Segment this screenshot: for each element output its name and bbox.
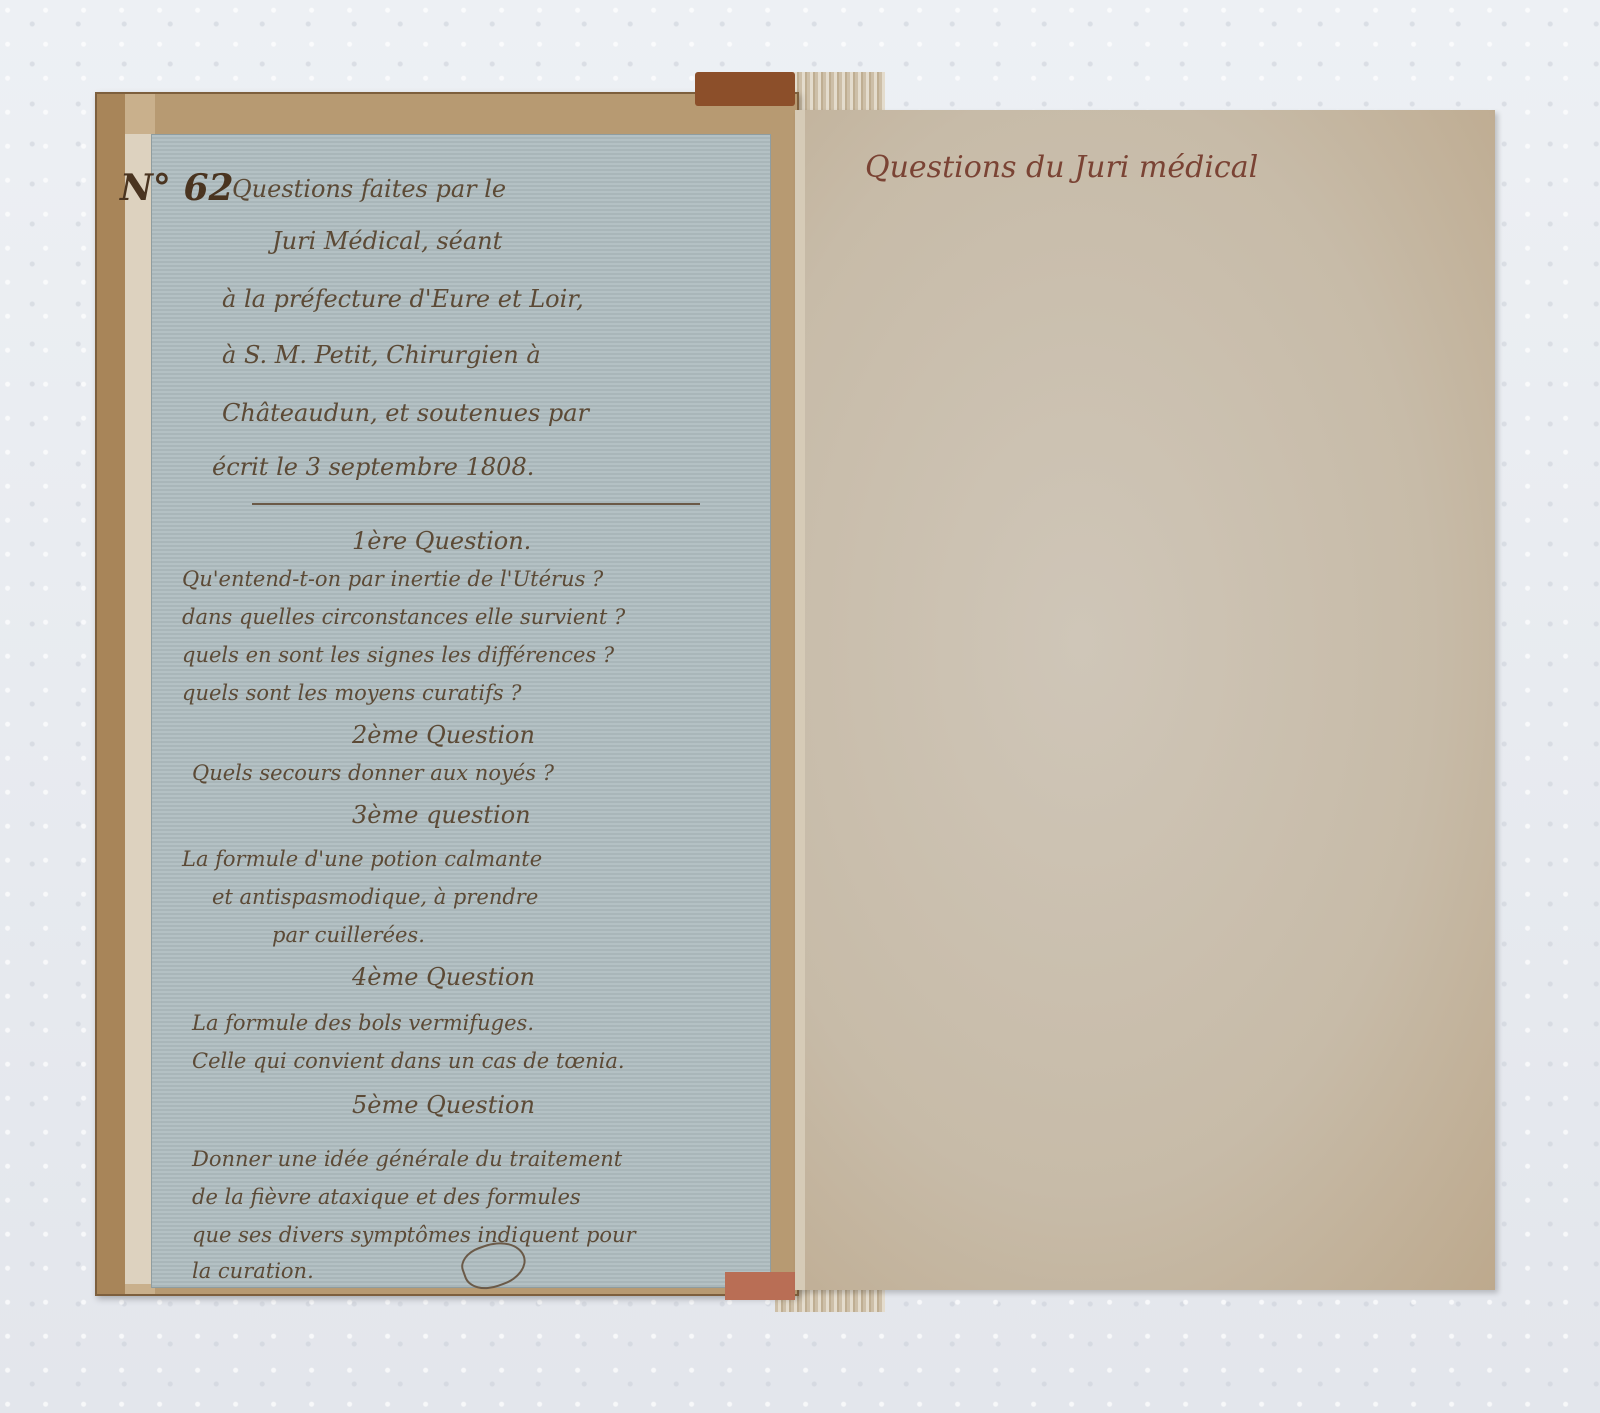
question-heading: 3ème question — [352, 801, 531, 829]
question-heading: 5ème Question — [352, 1091, 535, 1119]
header-line: Questions faites par le — [232, 175, 506, 203]
question-heading: 1ère Question. — [352, 527, 531, 555]
catalog-number: N° 62 — [120, 167, 234, 209]
question-line: Quels secours donner aux noyés ? — [192, 761, 554, 785]
header-line: Châteaudun, et soutenues par — [222, 399, 589, 427]
question-line: quels sont les moyens curatifs ? — [182, 681, 522, 705]
question-line: Donner une idée générale du traitement — [192, 1147, 622, 1171]
spine-cap-bottom — [725, 1272, 795, 1300]
question-line: La formule des bols vermifuges. — [192, 1011, 534, 1035]
flyleaf-title: Questions du Juri médical — [865, 150, 1258, 185]
question-line: la curation. — [192, 1259, 314, 1283]
question-line: Celle qui convient dans un cas de tœnia. — [192, 1049, 625, 1073]
divider-rule — [252, 503, 700, 505]
question-line: dans quelles circonstances elle survient… — [182, 605, 625, 629]
spine-cap-top — [695, 72, 795, 106]
header-line: à S. M. Petit, Chirurgien à — [222, 341, 541, 369]
header-line: écrit le 3 septembre 1808. — [212, 453, 534, 481]
question-line: Qu'entend-t-on par inertie de l'Utérus ? — [182, 567, 603, 591]
header-line: Juri Médical, séant — [272, 227, 502, 255]
question-line: quels en sont les signes les différences… — [182, 643, 614, 667]
question-line: de la fièvre ataxique et des formules — [192, 1185, 581, 1209]
question-heading: 2ème Question — [352, 721, 535, 749]
header-line: à la préfecture d'Eure et Loir, — [222, 285, 584, 313]
question-line: et antispasmodique, à prendre — [212, 885, 538, 909]
blue-handwritten-leaf: N° 62 Questions faites par le Juri Médic… — [151, 134, 771, 1288]
question-line: par cuillerées. — [272, 923, 425, 947]
open-book: N° 62 Questions faites par le Juri Médic… — [95, 72, 1515, 1304]
question-line: que ses divers symptômes indiquent pour — [192, 1223, 636, 1247]
left-cover: N° 62 Questions faites par le Juri Médic… — [95, 92, 799, 1296]
question-line: La formule d'une potion calmante — [182, 847, 542, 871]
right-flyleaf: Questions du Juri médical — [795, 110, 1495, 1290]
question-heading: 4ème Question — [352, 963, 535, 991]
